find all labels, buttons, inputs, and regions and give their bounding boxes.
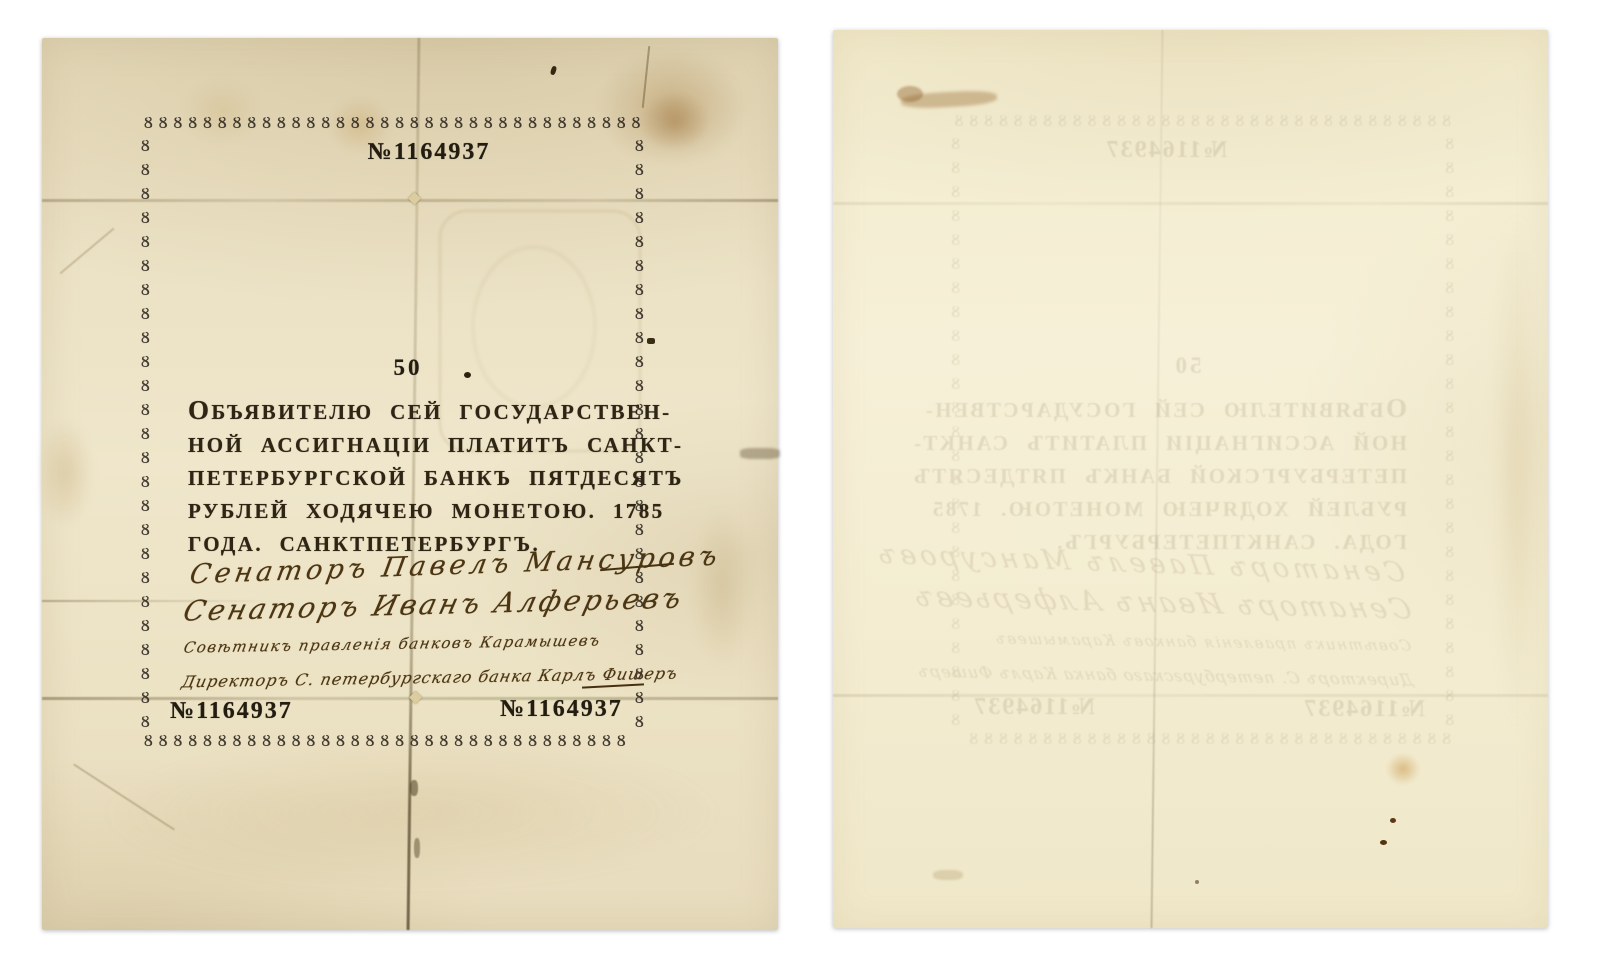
text-line: РУБЛЕЙ ХОДЯЧЕЮ МОНЕТОЮ. 1785 xyxy=(929,493,1407,526)
serial-number-bottom-left: №1164937 xyxy=(170,698,293,725)
front-printed-content: ȢȢȢȢȢȢȢȢȢȢȢȢȢȢȢȢȢȢȢȢȢȢȢȢȢȢȢȢȢȢȢȢȢȢ ȢȢȢȢȢ… xyxy=(42,38,778,930)
ornament-border-bottom: ȢȢȢȢȢȢȢȢȢȢȢȢȢȢȢȢȢȢȢȢȢȢȢȢȢȢȢȢȢȢȢȢȢ xyxy=(931,730,1451,752)
bleed-content: ȢȢȢȢȢȢȢȢȢȢȢȢȢȢȢȢȢȢȢȢȢȢȢȢȢȢȢȢȢȢȢȢȢȢ ȢȢȢȢȢ… xyxy=(817,36,1553,928)
signature-bank-director: Директоръ С. петербургскаго банка Карлъ … xyxy=(915,662,1415,690)
obligation-text: ОБЪЯВИТЕЛЮ СЕЙ ГОСУДАРСТВЕН- НОЙ АССИГНА… xyxy=(929,392,1407,559)
ornament-border-top: ȢȢȢȢȢȢȢȢȢȢȢȢȢȢȢȢȢȢȢȢȢȢȢȢȢȢȢȢȢȢȢȢȢȢ xyxy=(144,114,664,136)
serial-number-top: №1164937 xyxy=(937,137,1449,164)
obligation-text: ОБЪЯВИТЕЛЮ СЕЙ ГОСУДАРСТВЕН- НОЙ АССИГНА… xyxy=(188,394,666,561)
assignat-back-sheet: ȢȢȢȢȢȢȢȢȢȢȢȢȢȢȢȢȢȢȢȢȢȢȢȢȢȢȢȢȢȢȢȢȢȢ ȢȢȢȢȢ… xyxy=(833,30,1548,928)
text-line: ОБЪЯВИТЕЛЮ СЕЙ ГОСУДАРСТВЕН- xyxy=(188,394,666,429)
denomination-numeral: 50 xyxy=(146,355,658,381)
ornament-border-left: ȢȢȢȢȢȢȢȢȢȢȢȢȢȢȢȢȢȢȢȢȢȢȢȢȢ xyxy=(1438,132,1454,732)
ornament-border-top: ȢȢȢȢȢȢȢȢȢȢȢȢȢȢȢȢȢȢȢȢȢȢȢȢȢȢȢȢȢȢȢȢȢȢ xyxy=(931,112,1451,134)
serial-number-bottom-right: №1164937 xyxy=(500,696,623,723)
serial-number-bottom-left: №1164937 xyxy=(1302,696,1425,723)
serial-number-top: №1164937 xyxy=(146,139,658,166)
bleed-through-of-front: ȢȢȢȢȢȢȢȢȢȢȢȢȢȢȢȢȢȢȢȢȢȢȢȢȢȢȢȢȢȢȢȢȢȢ ȢȢȢȢȢ… xyxy=(817,36,1553,928)
ornament-border-bottom: ȢȢȢȢȢȢȢȢȢȢȢȢȢȢȢȢȢȢȢȢȢȢȢȢȢȢȢȢȢȢȢȢȢ xyxy=(144,732,664,754)
text-line: НОЙ АССИГНАЦІИ ПЛАТИТЪ САНКТ- xyxy=(929,427,1407,460)
text-line: РУБЛЕЙ ХОДЯЧЕЮ МОНЕТОЮ. 1785 xyxy=(188,495,666,528)
denomination-numeral: 50 xyxy=(937,353,1449,379)
serial-number-bottom-right: №1164937 xyxy=(972,694,1095,721)
text-line: ПЕТЕРБУРГСКОЙ БАНКЪ ПЯТДЕСЯТЪ xyxy=(188,462,666,495)
assignat-front-sheet: ȢȢȢȢȢȢȢȢȢȢȢȢȢȢȢȢȢȢȢȢȢȢȢȢȢȢȢȢȢȢȢȢȢȢ ȢȢȢȢȢ… xyxy=(42,38,778,930)
ornament-border-left: ȢȢȢȢȢȢȢȢȢȢȢȢȢȢȢȢȢȢȢȢȢȢȢȢȢ xyxy=(141,134,157,734)
signature-senator-2: Сенаторъ Иванъ Алферьевъ xyxy=(907,579,1414,625)
signature-senator-2: Сенаторъ Иванъ Алферьевъ xyxy=(180,581,687,627)
text-line: НОЙ АССИГНАЦІИ ПЛАТИТЪ САНКТ- xyxy=(188,429,666,462)
text-line: ОБЪЯВИТЕЛЮ СЕЙ ГОСУДАРСТВЕН- xyxy=(929,392,1407,427)
signature-bank-board-advisor: Совѣтникъ правленія банковъ Карамышевъ xyxy=(993,629,1413,654)
text-line: ПЕТЕРБУРГСКОЙ БАНКЪ ПЯТДЕСЯТЪ xyxy=(929,460,1407,493)
signature-bank-board-advisor: Совѣтникъ правленія банковъ Карамышевъ xyxy=(182,631,602,656)
scanned-banknote-photo: ȢȢȢȢȢȢȢȢȢȢȢȢȢȢȢȢȢȢȢȢȢȢȢȢȢȢȢȢȢȢȢȢȢȢ ȢȢȢȢȢ… xyxy=(0,0,1600,979)
